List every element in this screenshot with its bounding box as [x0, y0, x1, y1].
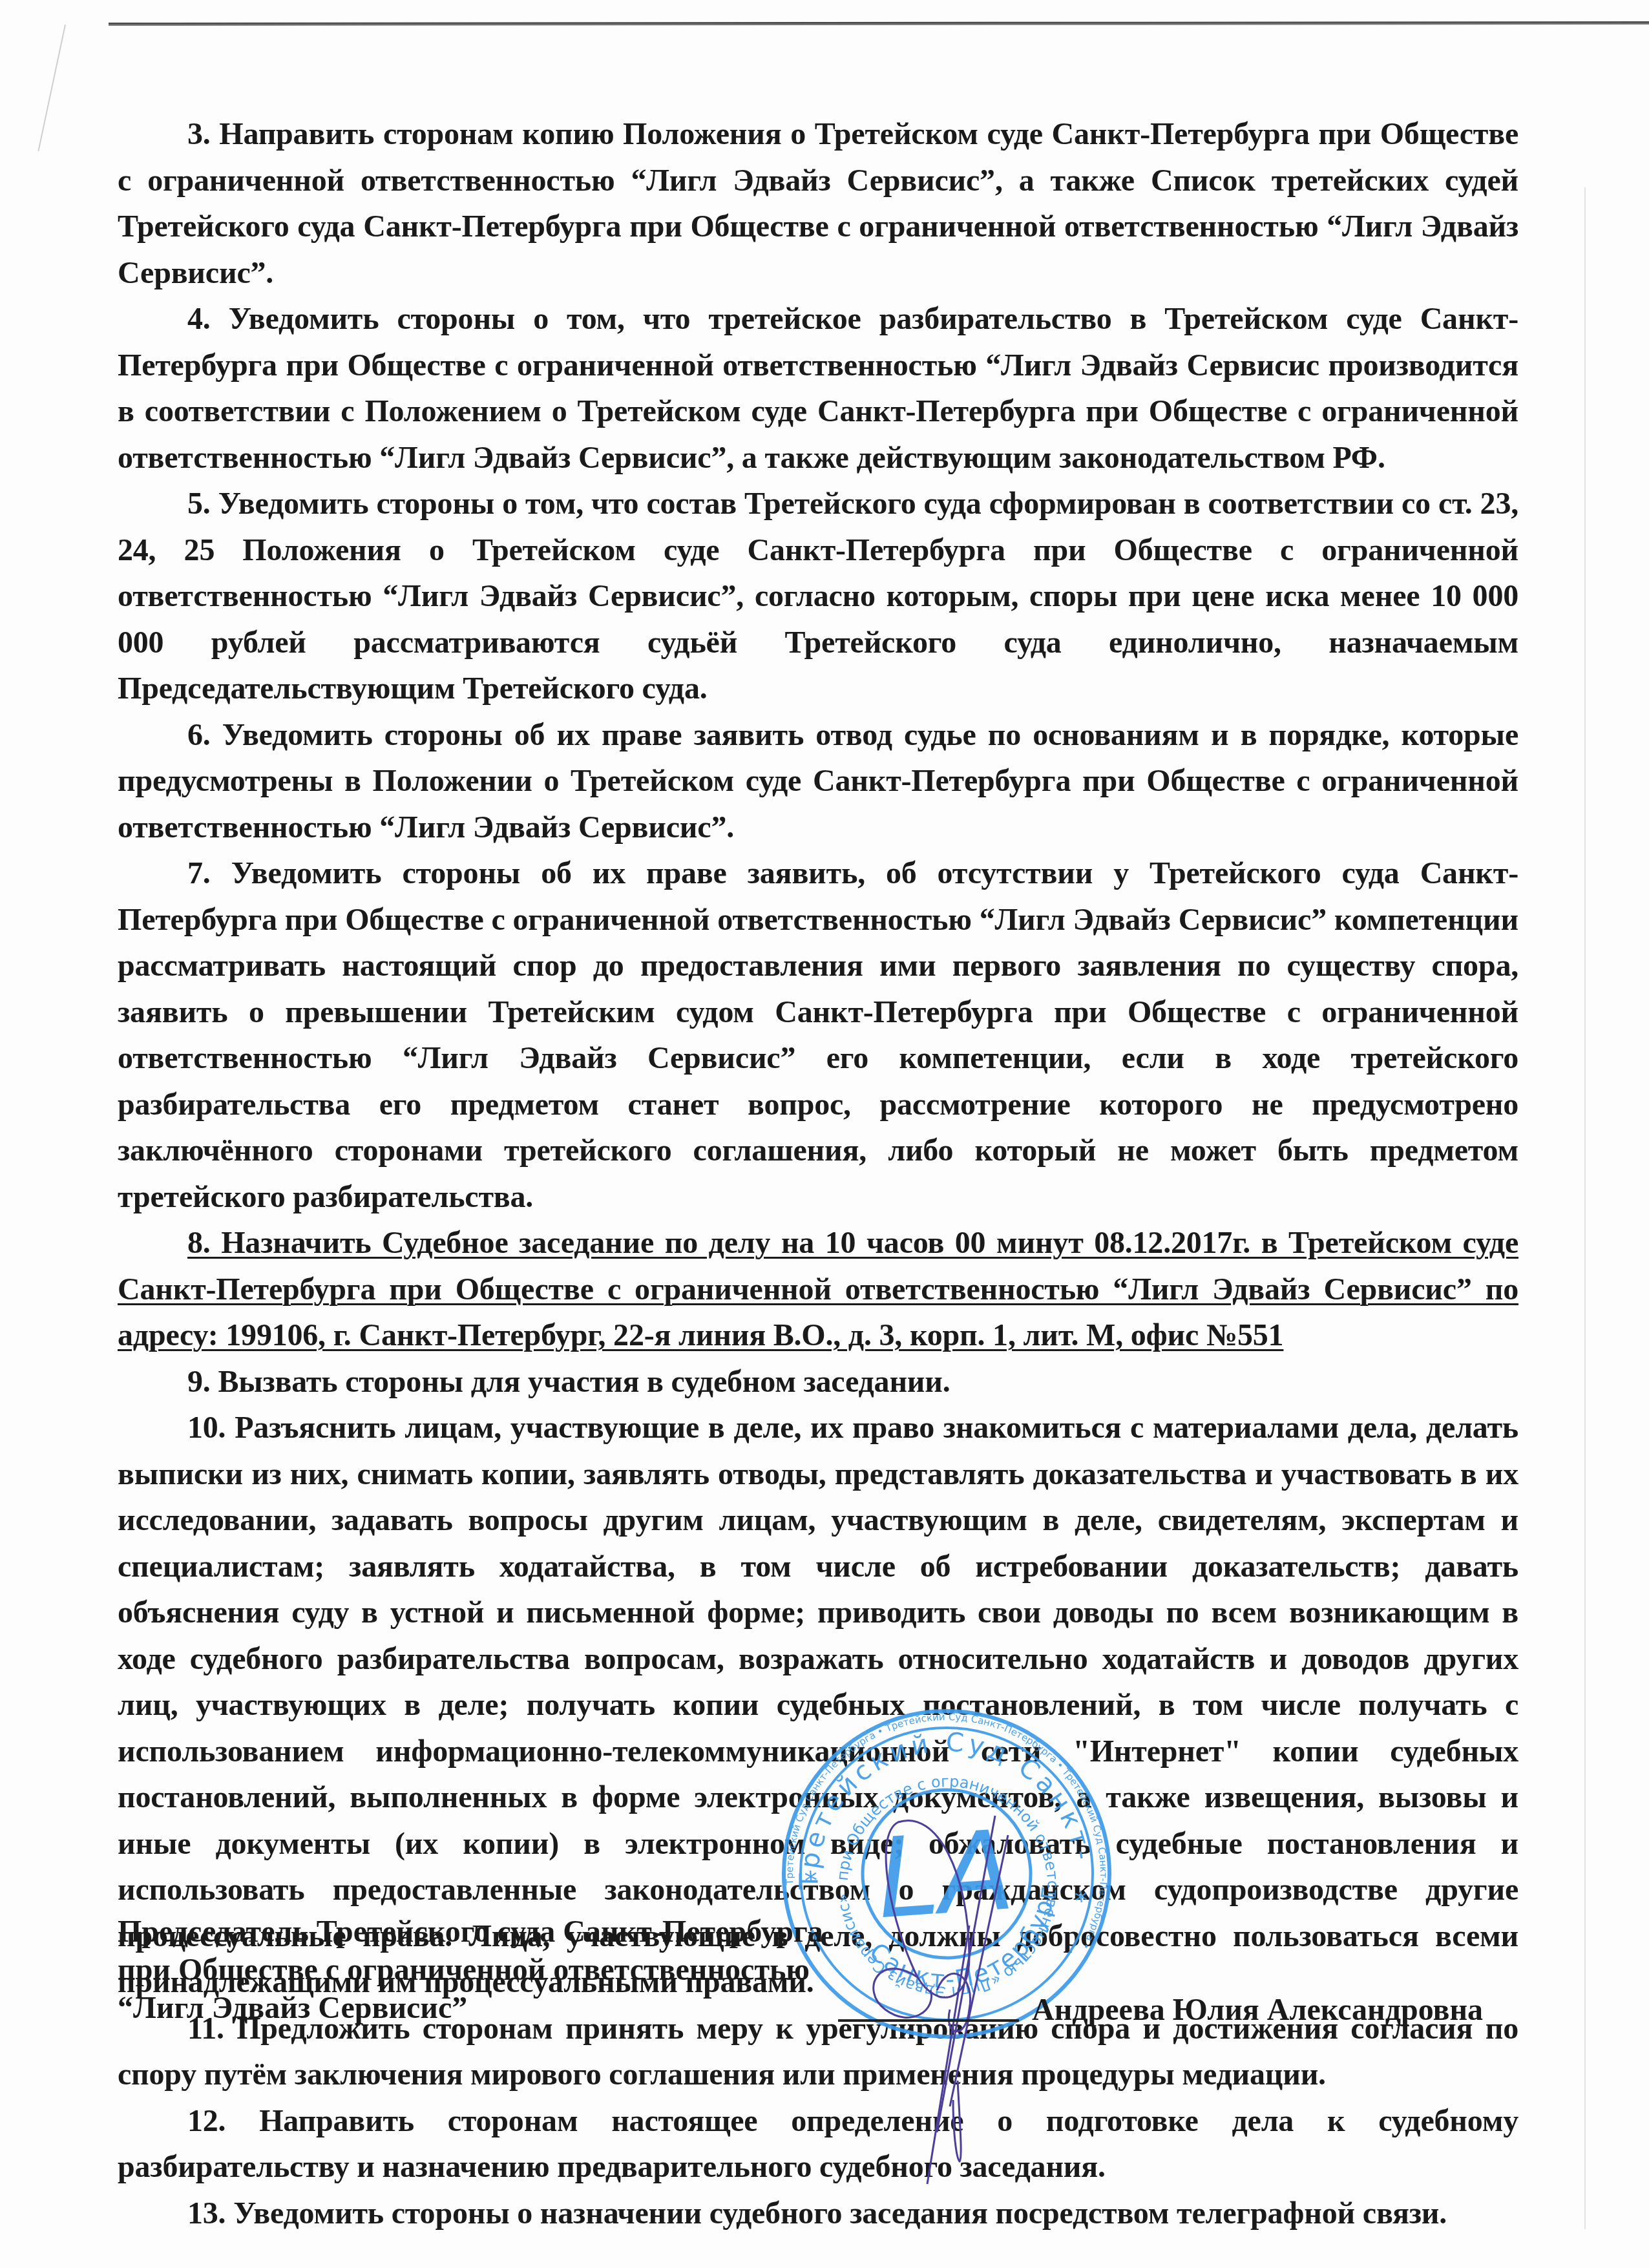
paragraph-5: 5. Уведомить стороны о том, что состав Т… — [118, 481, 1518, 712]
signer-title-line-2: при Обществе с ограниченной ответственно… — [118, 1951, 893, 1989]
signer-name: Андреева Юлия Александровна — [1032, 1991, 1483, 2029]
signer-title-line-1: Председатель Третейского суда Санкт-Пете… — [118, 1913, 893, 1951]
paragraph-9: 9. Вызвать стороны для участия в судебно… — [118, 1359, 1518, 1405]
svg-text:*: * — [804, 1866, 819, 1896]
hearing-appointment-text: 8. Назначить Судебное заседание по делу … — [118, 1226, 1518, 1352]
page-edge-right — [1584, 187, 1586, 2229]
paragraph-8-hearing-appointment: 8. Назначить Судебное заседание по делу … — [118, 1220, 1518, 1359]
paragraph-7: 7. Уведомить стороны об их праве заявить… — [118, 850, 1518, 1220]
paragraph-4: 4. Уведомить стороны о том, что третейск… — [118, 296, 1518, 481]
paragraph-12: 12. Направить сторонам настоящее определ… — [118, 2098, 1518, 2190]
signer-title-line-3: “Лигл Эдвайз Сервисис” — [118, 1989, 893, 2027]
signature-line — [838, 2019, 1019, 2022]
signer-title: Председатель Третейского суда Санкт-Пете… — [118, 1913, 893, 2027]
paragraph-6: 6. Уведомить стороны об их праве заявить… — [118, 712, 1518, 851]
paragraph-3: 3. Направить сторонам копию Положения о … — [118, 111, 1518, 296]
paragraph-13: 13. Уведомить стороны о назначении судеб… — [118, 2190, 1518, 2237]
